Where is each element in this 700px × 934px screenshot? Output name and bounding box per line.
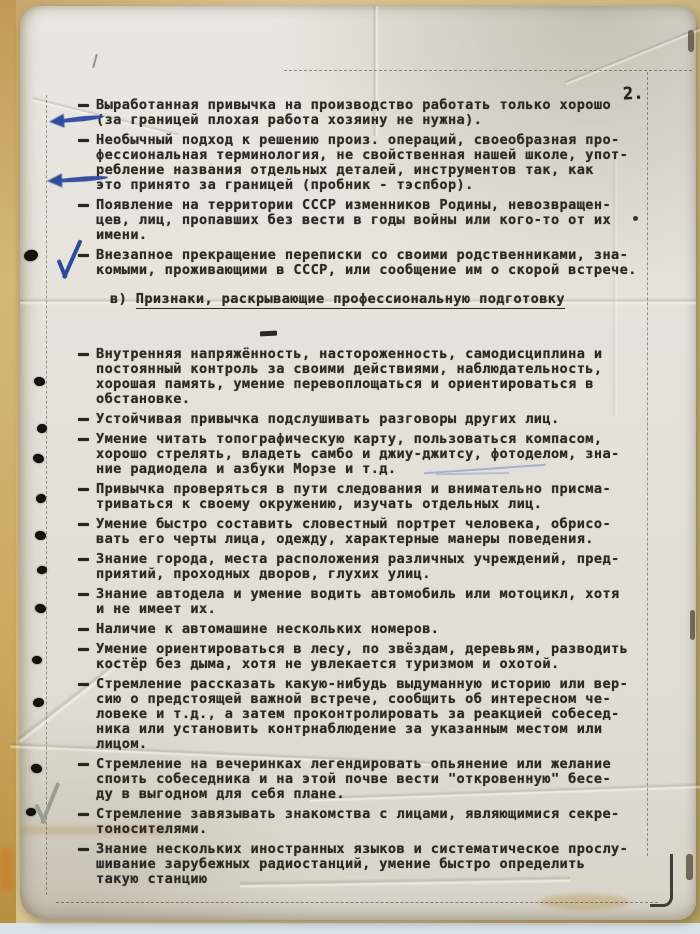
fold-line-right (647, 72, 648, 856)
list-item: Выработанная привычка на производство ра… (78, 98, 644, 128)
ink-check-mark (54, 238, 88, 285)
list-item-text: Знание нескольких иностранных языков и с… (96, 842, 628, 887)
list-item-text: Появление на территории СССР изменников … (96, 198, 611, 243)
scanner-bed-strip (0, 923, 700, 934)
list-item-text: Стремление завязывать знакомства с лицам… (96, 807, 620, 837)
binding-hole (23, 248, 39, 262)
list-item: Стремление на вечеринках легендировать о… (78, 757, 644, 802)
list-item: Умение читать топографическую карту, пол… (78, 432, 644, 477)
bullet-dash-icon (78, 587, 96, 617)
fold-line-top (284, 70, 692, 71)
list-item-text: Умение ориентироваться в лесу, по звёзда… (96, 642, 628, 672)
list-item: Привычка проверяться в пути следования и… (78, 482, 644, 512)
list-item: Знание автодела и умение водить автомоби… (78, 587, 644, 617)
bullet-dash-icon (78, 622, 96, 637)
list-item-text: Выработанная привычка на производство ра… (96, 98, 611, 128)
binding-hole (32, 453, 45, 465)
document-page: 2. Выработанная привычка на производство… (20, 6, 696, 920)
bullet-dash-icon (78, 517, 96, 547)
bullet-dash-icon (78, 642, 96, 672)
binding-hole (32, 655, 43, 664)
list-item: Необычный подход к решению произ. операц… (78, 133, 644, 193)
ink-arrow-mark (40, 168, 111, 190)
list-item-text: Знание города, места расположения различ… (96, 552, 620, 582)
list-item: Умение ориентироваться в лесу, по звёзда… (78, 642, 644, 672)
edge-stain (0, 848, 13, 890)
binding-hole (32, 697, 44, 708)
list-item: Знание нескольких иностранных языков и с… (78, 842, 644, 887)
bullet-dash-icon (78, 677, 96, 752)
bullet-dash-icon (78, 757, 96, 802)
book-spine-edge (0, 0, 16, 934)
section-heading-title: Признаки, раскрывающие профессиональную … (136, 291, 565, 309)
bullet-dash-icon (78, 552, 96, 582)
list-item: Внезапное прекращение переписки со своим… (78, 248, 644, 278)
list-item: Стремление завязывать знакомства с лицам… (78, 807, 644, 837)
list-item-text: Знание автодела и умение водить автомоби… (96, 587, 620, 617)
bullet-dash-icon (78, 198, 96, 243)
list-item-text: Умение быстро составить словестный портр… (96, 517, 611, 547)
section-heading: в) Признаки, раскрывающие профессиональн… (110, 292, 644, 307)
binding-hole (33, 376, 45, 387)
bullet-dash-icon (78, 412, 96, 427)
list-item-text: Стремление на вечеринках легендировать о… (96, 757, 611, 802)
pencil-check-mark (32, 781, 65, 829)
bullet-list-main: Внутренняя напряжённость, настороженност… (78, 347, 644, 887)
section-heading-prefix: в) (110, 291, 127, 307)
list-item: Внутренняя напряжённость, настороженност… (78, 347, 644, 407)
ink-speck (633, 216, 638, 221)
binding-hole (36, 423, 47, 433)
binding-hole (34, 530, 46, 540)
bullet-dash-icon (78, 807, 96, 837)
binding-hole (34, 603, 47, 614)
binding-hole (37, 566, 48, 575)
page-edge-mark (686, 854, 693, 880)
list-item-text: Стремление рассказать какую-нибудь выдум… (96, 677, 628, 752)
list-item: Знание города, места расположения различ… (78, 552, 644, 582)
list-item: Устойчивая привычка подслушивать разгово… (78, 412, 644, 427)
binding-hole (30, 763, 43, 774)
list-item-text: Устойчивая привычка подслушивать разгово… (96, 412, 560, 427)
list-item-text: Наличие к автомашине нескольких номеров. (96, 622, 439, 637)
bullet-dash-icon (78, 347, 96, 407)
paper-stain (540, 894, 630, 910)
document-content: Выработанная привычка на производство ра… (78, 98, 644, 892)
list-item: Наличие к автомашине нескольких номеров. (78, 622, 644, 637)
list-item-text: Необычный подход к решению произ. операц… (96, 133, 628, 193)
fold-tick-mark (92, 54, 98, 68)
fold-line-left (46, 95, 47, 895)
bullet-dash-icon (78, 842, 96, 887)
scanned-document-page: 2. Выработанная привычка на производство… (0, 0, 700, 934)
bullet-dash-icon (78, 432, 96, 477)
stray-ink-dash (260, 331, 277, 337)
binding-hole (35, 493, 47, 504)
bullet-list-top: Выработанная привычка на производство ра… (78, 98, 644, 278)
paper-crease (564, 24, 700, 86)
list-item: Умение быстро составить словестный портр… (78, 517, 644, 547)
page-edge-mark (690, 610, 695, 640)
list-item-text: Внутренняя напряжённость, настороженност… (96, 347, 602, 407)
list-item-text: Внезапное прекращение переписки со своим… (96, 248, 637, 278)
list-item: Стремление рассказать какую-нибудь выдум… (78, 677, 644, 752)
list-item: Появление на территории СССР изменников … (78, 198, 644, 243)
fold-corner-mark (650, 854, 673, 907)
bullet-dash-icon (78, 482, 96, 512)
list-item-text: Привычка проверяться в пути следования и… (96, 482, 611, 512)
fold-line-bottom (56, 902, 658, 903)
page-edge-mark (688, 30, 694, 52)
